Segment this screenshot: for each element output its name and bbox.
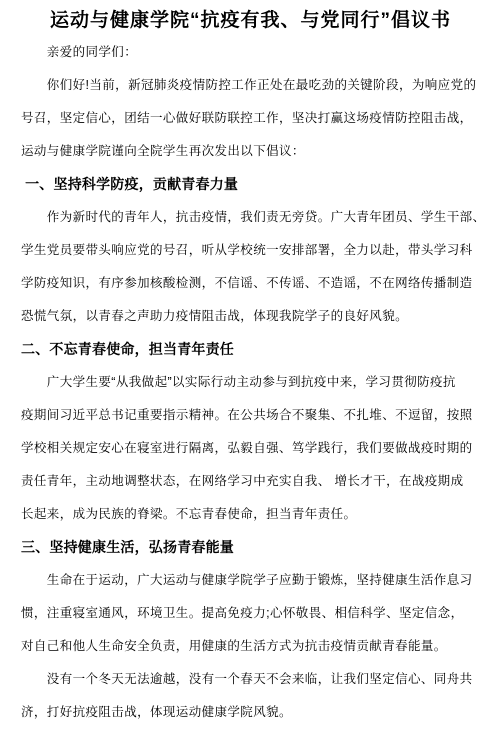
- section-1-heading: 一、坚持科学防疫，贡献青春力量: [21, 168, 480, 201]
- section-3-heading: 三、坚持健康生活，弘扬青春能量: [21, 531, 480, 564]
- document-page: 运动与健康学院“抗疫有我、与党同行”倡议书 亲爱的同学们： 你们好!当前，新冠肺…: [0, 0, 496, 734]
- closing-paragraph: 没有一个冬天无法逾越，没有一个春天不会来临，让我们坚定信心、同舟共 济，打好抗疫…: [21, 663, 480, 729]
- document-body: 亲爱的同学们： 你们好!当前，新冠肺炎疫情防控工作正处在最吃劲的关键阶段，为响应…: [21, 36, 480, 729]
- greeting-line: 亲爱的同学们：: [21, 36, 480, 69]
- section-3-paragraph: 生命在于运动，广大运动与健康学院学子应勤于锻炼，坚持健康生活作息习 惯，注重寝室…: [21, 564, 480, 663]
- intro-paragraph: 你们好!当前，新冠肺炎疫情防控工作正处在最吃劲的关键阶段，为响应党的 号召，坚定…: [21, 69, 480, 168]
- section-2-heading: 二、不忘青春使命，担当青年责任: [21, 333, 480, 366]
- document-title: 运动与健康学院“抗疫有我、与党同行”倡议书: [21, 6, 480, 36]
- section-2-paragraph: 广大学生要“从我做起”以实际行动主动参与到抗疫中来，学习贯彻防疫抗 疫期间习近平…: [21, 366, 480, 531]
- section-1-paragraph: 作为新时代的青年人，抗击疫情，我们责无旁贷。广大青年团员、学生干部、 学生党员要…: [21, 201, 480, 333]
